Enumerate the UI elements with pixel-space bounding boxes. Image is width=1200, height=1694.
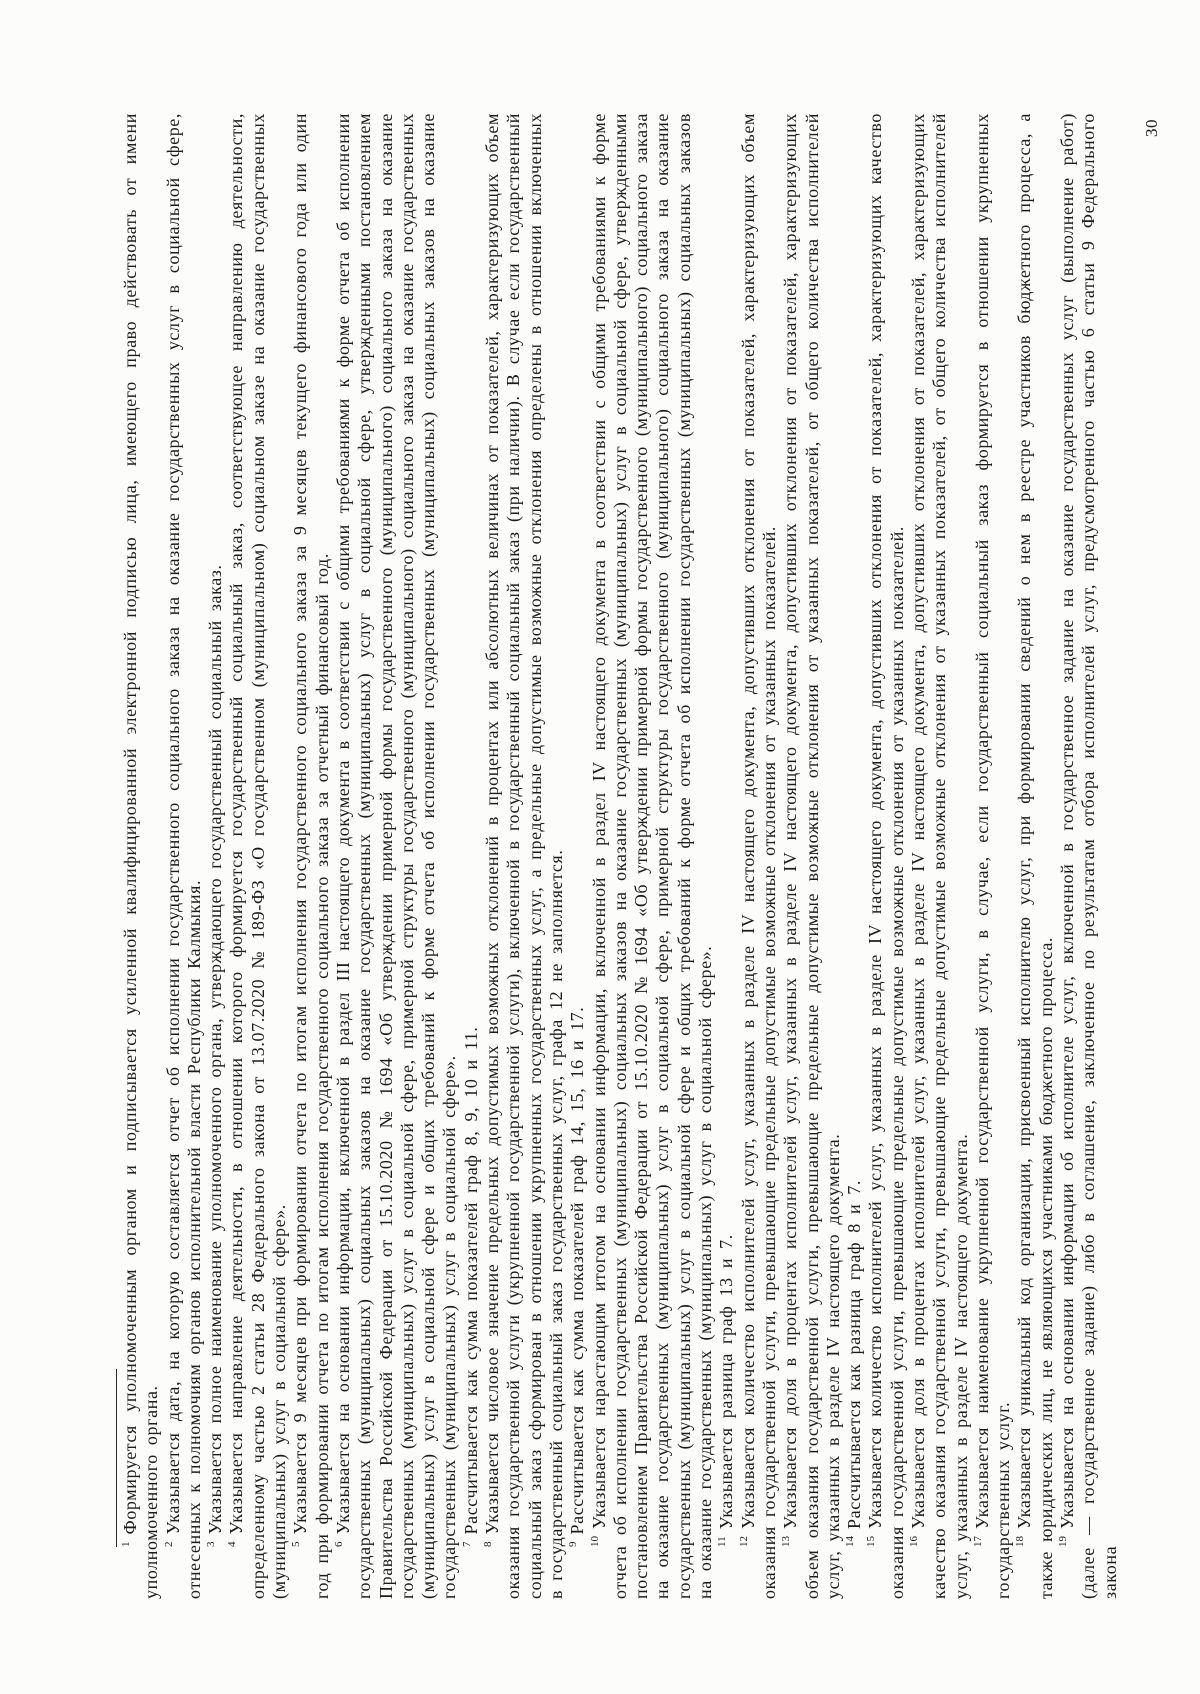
footnote-number: 7 — [461, 1542, 473, 1548]
footnote-text: Указывается дата, на которую составляетс… — [163, 113, 204, 1599]
footnote: 19Указывается на основании информации об… — [1057, 113, 1121, 1599]
footnote-text: Указывается нарастающим итогом на основа… — [589, 113, 715, 1599]
footnote-text: Указывается разница граф 13 и 7. — [716, 1234, 736, 1529]
footnote-number: 15 — [865, 1536, 877, 1547]
footnote-number: 8 — [482, 1542, 494, 1548]
footnote-number: 12 — [738, 1536, 750, 1547]
document-page: 1Формируется уполномоченным органом и по… — [0, 0, 1200, 1694]
footnote: 11Указывается разница граф 13 и 7. — [716, 113, 737, 1599]
footnote-number: 2 — [163, 1542, 175, 1548]
footnote: 16Указывается доля в процентах исполните… — [908, 113, 972, 1599]
footnote-text: Указывается направление деятельности, в … — [226, 113, 289, 1599]
footnote-text: Рассчитывается как разница граф 8 и 7. — [844, 1180, 864, 1529]
page-number: 30 — [1141, 113, 1162, 1599]
footnote-text: Указывается наименование укрупненной гос… — [972, 113, 1013, 1599]
footnote-text: Указывается полное наименование уполномо… — [205, 564, 225, 1534]
footnote-text: Указывается доля в процентах исполнителе… — [780, 113, 843, 1599]
footnote-text: Указывается числовое значение предельных… — [482, 113, 566, 1599]
footnote-number: 18 — [1014, 1536, 1026, 1547]
footnote: 15Указывается количество исполнителей ус… — [865, 113, 908, 1599]
footnote-text: Рассчитывается как сумма показателей гра… — [461, 1026, 481, 1534]
footnote-number: 3 — [205, 1542, 217, 1548]
footnote: 8Указывается числовое значение предельны… — [482, 113, 567, 1599]
footnote-number: 1 — [120, 1542, 132, 1548]
footnote-number: 13 — [780, 1536, 792, 1547]
footnote-text: Указывается уникальный код организации, … — [1014, 113, 1055, 1599]
footnote-text: Указывается 9 месяцев при формировании о… — [290, 113, 331, 1599]
footnote-separator-rule — [116, 1369, 117, 1547]
footnote: 6Указывается на основании информации, вк… — [333, 113, 461, 1599]
footnotes-block: 1Формируется уполномоченным органом и по… — [116, 113, 1162, 1599]
footnote-text: Указывается на основании информации, вкл… — [333, 113, 459, 1599]
footnote: 9Рассчитывается как сумма показателей гр… — [567, 113, 588, 1599]
footnote-text: Указывается доля в процентах исполнителе… — [908, 113, 971, 1599]
footnote-number: 10 — [589, 1536, 601, 1547]
footnote-number: 14 — [844, 1536, 856, 1547]
footnote-text: Рассчитывается как сумма показателей гра… — [567, 1007, 587, 1535]
footnote: 14Рассчитывается как разница граф 8 и 7. — [844, 113, 865, 1599]
footnote-text: Формируется уполномоченным органом и под… — [120, 113, 161, 1599]
footnote-number: 6 — [333, 1542, 345, 1548]
footnote-number: 19 — [1057, 1536, 1069, 1547]
footnote-number: 4 — [226, 1542, 238, 1548]
footnote: 17Указывается наименование укрупненной г… — [972, 113, 1015, 1599]
footnote: 12Указывается количество исполнителей ус… — [738, 113, 781, 1599]
footnote: 4Указывается направление деятельности, в… — [226, 113, 290, 1599]
footnotes-list: 1Формируется уполномоченным органом и по… — [120, 113, 1121, 1599]
rotated-landscape-sheet: 1Формируется уполномоченным органом и по… — [0, 0, 1200, 1694]
footnote-number: 16 — [908, 1536, 920, 1547]
footnote-number: 11 — [716, 1536, 728, 1547]
footnote: 3Указывается полное наименование уполном… — [205, 113, 226, 1599]
footnote-number: 17 — [972, 1536, 984, 1547]
footnote: 5Указывается 9 месяцев при формировании … — [290, 113, 333, 1599]
footnote: 10Указывается нарастающим итогом на осно… — [589, 113, 717, 1599]
footnote-number: 9 — [567, 1542, 579, 1548]
footnote: 2Указывается дата, на которую составляет… — [163, 113, 206, 1599]
footnote: 18Указывается уникальный код организации… — [1014, 113, 1057, 1599]
footnote-text: Указывается на основании информации об и… — [1057, 113, 1120, 1599]
footnote: 7Рассчитывается как сумма показателей гр… — [461, 113, 482, 1599]
footnote-number: 5 — [290, 1542, 302, 1548]
footnote-text: Указывается количество исполнителей услу… — [738, 113, 779, 1599]
footnote: 13Указывается доля в процентах исполните… — [780, 113, 844, 1599]
footnote-text: Указывается количество исполнителей услу… — [865, 113, 906, 1599]
footnote: 1Формируется уполномоченным органом и по… — [120, 113, 163, 1599]
